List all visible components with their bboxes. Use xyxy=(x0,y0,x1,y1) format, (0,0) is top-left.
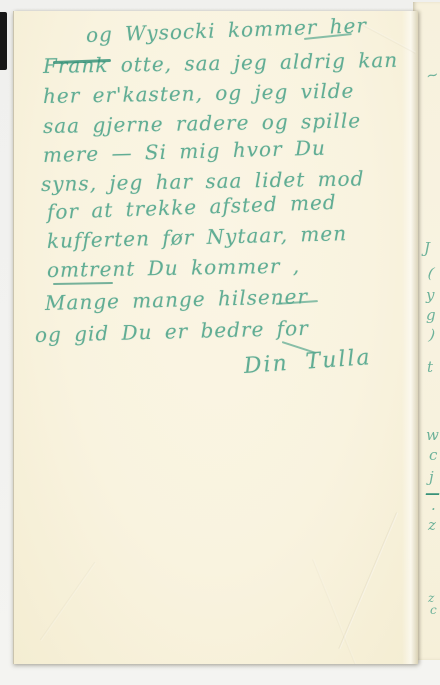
handwriting-line-11: og gid Du er bedre for xyxy=(35,318,309,345)
handwriting-line-1: og Wysocki kommer her xyxy=(86,15,368,45)
handwriting-line-9: omtrent Du kommer , xyxy=(47,256,301,280)
handwriting-line-2: Frank otte, saa jeg aldrig kan xyxy=(43,50,399,76)
underline-mark xyxy=(53,282,113,285)
handwriting-fragment: — xyxy=(425,486,440,501)
vertical-fold xyxy=(402,11,418,664)
handwriting-fragment: ) xyxy=(428,328,436,344)
crease-line xyxy=(312,559,359,664)
handwriting-line-8: kufferten før Nytaar, men xyxy=(47,223,348,251)
handwriting-line-7: for at trekke afsted med xyxy=(47,192,337,222)
handwriting-fragment: ( xyxy=(427,266,435,282)
handwriting-line-3: her er'kasten, og jeg vilde xyxy=(43,81,355,106)
handwriting-fragment: ~ xyxy=(425,67,440,84)
handwriting-line-5: mere — Si mig hvor Du xyxy=(43,138,326,165)
crease-line xyxy=(40,562,96,641)
letter-page: og Wysocki kommer her Frank otte, saa je… xyxy=(13,11,418,664)
handwriting-fragment: c xyxy=(430,604,437,616)
handwriting-line-10: Mange mange hilsener xyxy=(45,286,309,313)
handwriting-fragment: y xyxy=(426,288,434,303)
handwriting-fragment: g xyxy=(426,308,436,323)
crease-line xyxy=(338,512,398,649)
handwriting-fragment: J xyxy=(424,241,430,256)
scan-edge-artifact xyxy=(0,12,7,70)
scanned-letter-photo: ~ J ( y g ) t w c j — · z z c og Wysocki… xyxy=(0,0,440,685)
handwriting-line-4: saa gjerne radere og spille xyxy=(43,110,361,136)
handwriting-fragment: w xyxy=(426,428,439,443)
handwriting-fragment: z xyxy=(428,518,436,533)
handwriting-fragment: t xyxy=(427,360,433,375)
handwriting-fragment: c xyxy=(429,448,437,463)
handwriting-fragment: j xyxy=(429,470,434,485)
handwriting-fragment: · xyxy=(431,502,436,517)
